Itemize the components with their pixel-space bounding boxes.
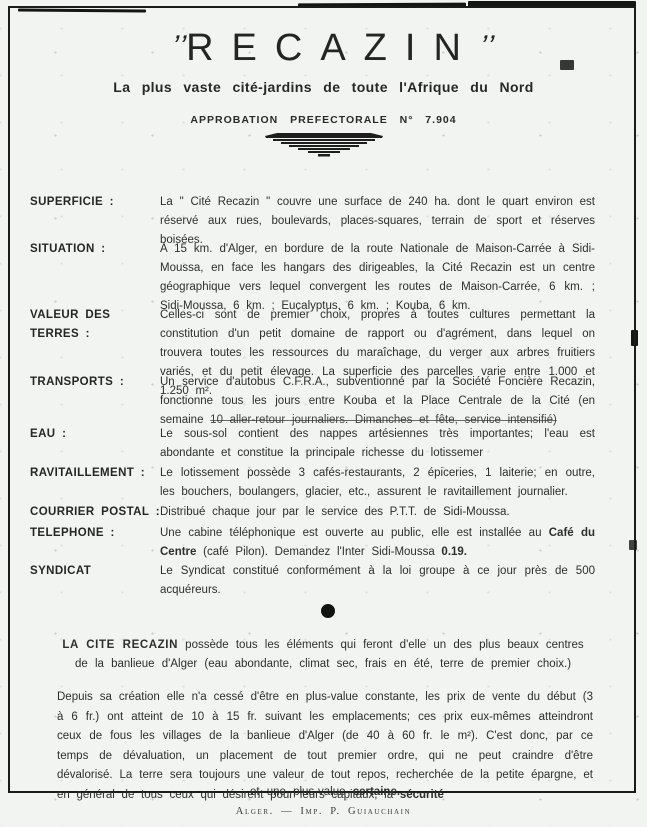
section-text: Un service d'autobus C.F.R.A., subventio…: [160, 373, 595, 430]
imprint-line: Alger. — Imp. P. Guiauchain: [236, 806, 411, 817]
page-title-text: RECAZIN: [186, 27, 479, 69]
section-text: A 15 km. d'Alger, en bordure de la route…: [160, 240, 595, 316]
section-label: RAVITAILLEMENT :: [30, 464, 160, 483]
separator-bullet: [321, 604, 335, 618]
page-subtitle: La plus vaste cité-jardins de toute l'Af…: [113, 79, 533, 95]
section-text: Distribué chaque jour par le service des…: [160, 503, 595, 522]
closing-paragraph-text: Depuis sa création elle n'a cessé d'être…: [57, 691, 593, 801]
section-text: Le Syndicat constitué conformément à la …: [160, 562, 595, 600]
header: ’’RECAZIN’’: [0, 27, 647, 70]
section-label: EAU :: [30, 425, 160, 444]
section-text: Le lotissement possède 3 cafés-restauran…: [160, 464, 595, 502]
approbation-line: APPROBATION PREFECTORALE N° 7.904: [190, 114, 456, 126]
wings-emblem-icon: [263, 130, 385, 160]
section-text-part: (café Pilon). Demandez l'Inter Sidi-Mous…: [196, 546, 441, 558]
section-row-telephone: TELEPHONE : Une cabine téléphonique est …: [30, 524, 595, 562]
close-quote-mark: ’’: [476, 30, 499, 64]
section-row-situation: SITUATION : A 15 km. d'Alger, en bordure…: [30, 240, 595, 316]
section-row-eau: EAU : Le sous-sol contient des nappes ar…: [30, 425, 595, 463]
section-label: SUPERFICIE :: [30, 193, 160, 212]
section-text: Une cabine téléphonique est ouverte au p…: [160, 524, 595, 562]
page-title: ’’RECAZIN’’: [153, 27, 493, 70]
section-row-courrier-postal: COURRIER POSTAL : Distribué chaque jour …: [30, 503, 595, 522]
section-label: COURRIER POSTAL :: [30, 503, 160, 522]
scanned-document-page: ’’RECAZIN’’ La plus vaste cité-jardins d…: [0, 0, 647, 827]
section-row-transports: TRANSPORTS : Un service d'autobus C.F.R.…: [30, 373, 595, 430]
closing-lead-bold: LA CITE RECAZIN: [62, 639, 178, 651]
section-label: TELEPHONE :: [30, 524, 160, 543]
section-label: SITUATION :: [30, 240, 160, 259]
section-text-part: Une cabine téléphonique est ouverte au p…: [160, 527, 549, 539]
section-text: Le sous-sol contient des nappes artésien…: [160, 425, 595, 463]
closing-paragraph-last-line: et une plus-value certaine.: [57, 786, 593, 798]
bold-highlight: certaine.: [353, 786, 400, 798]
bold-highlight: 0.19.: [441, 546, 467, 558]
section-row-ravitaillement: RAVITAILLEMENT : Le lotissement possède …: [30, 464, 595, 502]
section-row-syndicat: SYNDICAT Le Syndicat constitué conformém…: [30, 562, 595, 600]
section-label: SYNDICAT: [30, 562, 160, 581]
closing-lead-paragraph: LA CITE RECAZIN possède tous les élément…: [53, 636, 593, 674]
closing-last-text: et une plus-value: [250, 786, 353, 798]
section-label: TRANSPORTS :: [30, 373, 160, 392]
section-label: VALEUR DES TERRES :: [30, 306, 160, 344]
